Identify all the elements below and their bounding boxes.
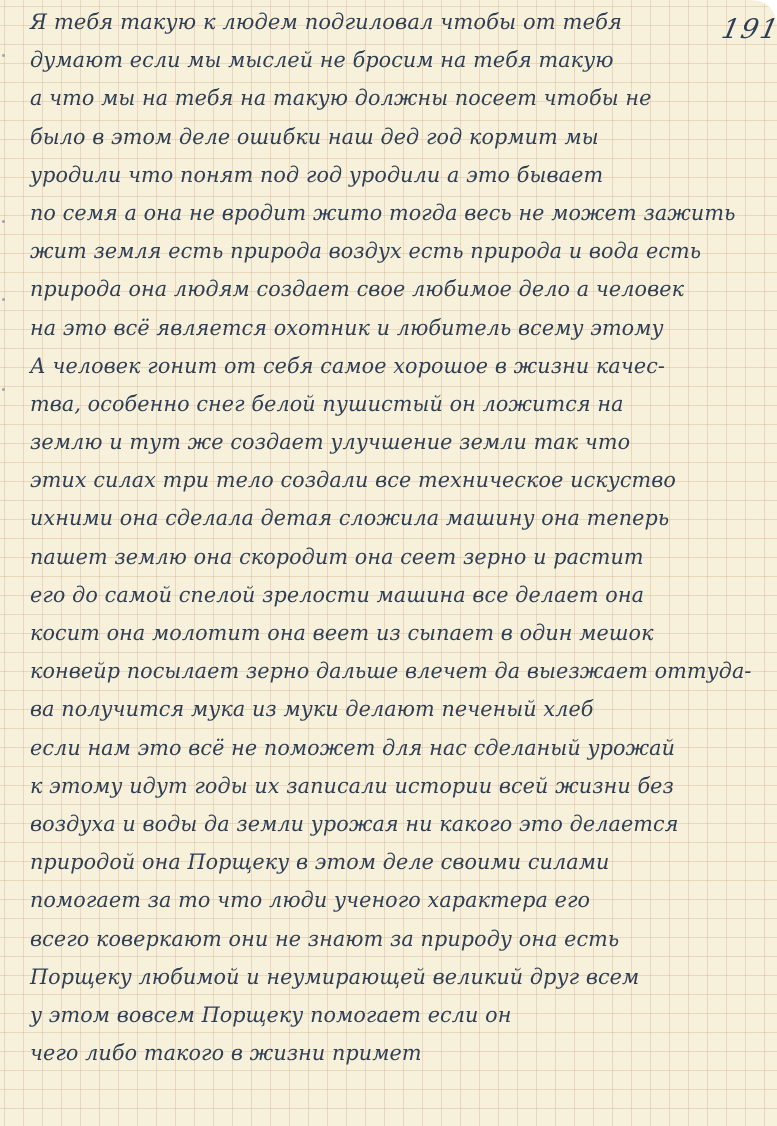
text-line: по семя а она не вродит жито тогда весь … [30,194,760,232]
text-line: тва, особенно снег белой пушистый он лож… [30,385,760,423]
text-line: было в этом деле ошибки наш дед год корм… [30,118,760,156]
text-line: Порщеку любимой и неумирающей великий др… [30,958,760,996]
text-line: на это всё является охотник и любитель в… [30,309,760,347]
text-line: ихними она сделала детая сложила машину … [30,499,760,537]
text-line: ва получится мука из муки делают печеный… [30,690,760,728]
text-line: воздуха и воды да земли урожая ни какого… [30,805,760,843]
text-line: а что мы на тебя на такую должны посеет … [30,79,760,117]
text-line: думают если мы мыслей не бросим на тебя … [30,41,760,79]
text-line: А человек гонит от себя самое хорошое в … [30,347,760,385]
text-line: этих силах три тело создали все техничес… [30,461,760,499]
margin-ink-marks [2,0,16,1126]
text-line: землю и тут же создает улучшение земли т… [30,423,760,461]
text-line: к этому идут годы их записали истории вс… [30,767,760,805]
text-line: у этом вовсем Порщеку помогает если он [30,996,760,1034]
text-line: пашет землю она скородит она сеет зерно … [30,538,760,576]
text-line: конвейр посылает зерно дальше влечет да … [30,652,760,690]
text-line: Я тебя такую к людем подгиловал чтобы от… [30,3,710,41]
text-line: природой она Порщеку в этом деле своими … [30,843,760,881]
notebook-page: 191 Я тебя такую к людем подгиловал чтоб… [0,0,777,1126]
text-line: всего коверкают они не знают за природу … [30,920,760,958]
text-line: уродили что понят под год уродили а это … [30,156,760,194]
text-line: его до самой спелой зрелости машина все … [30,576,760,614]
text-line: жит земля есть природа воздух есть приро… [30,232,760,270]
text-line: если нам это всё не поможет для нас сдел… [30,729,760,767]
text-line: косит она молотит она веет из сыпает в о… [30,614,760,652]
text-line: природа она людям создает свое любимое д… [30,270,760,308]
handwritten-text-body: Я тебя такую к людем подгиловал чтобы от… [30,3,770,1072]
text-line: помогает за то что люди ученого характер… [30,881,760,919]
text-line: чего либо такого в жизни примет [30,1034,760,1072]
